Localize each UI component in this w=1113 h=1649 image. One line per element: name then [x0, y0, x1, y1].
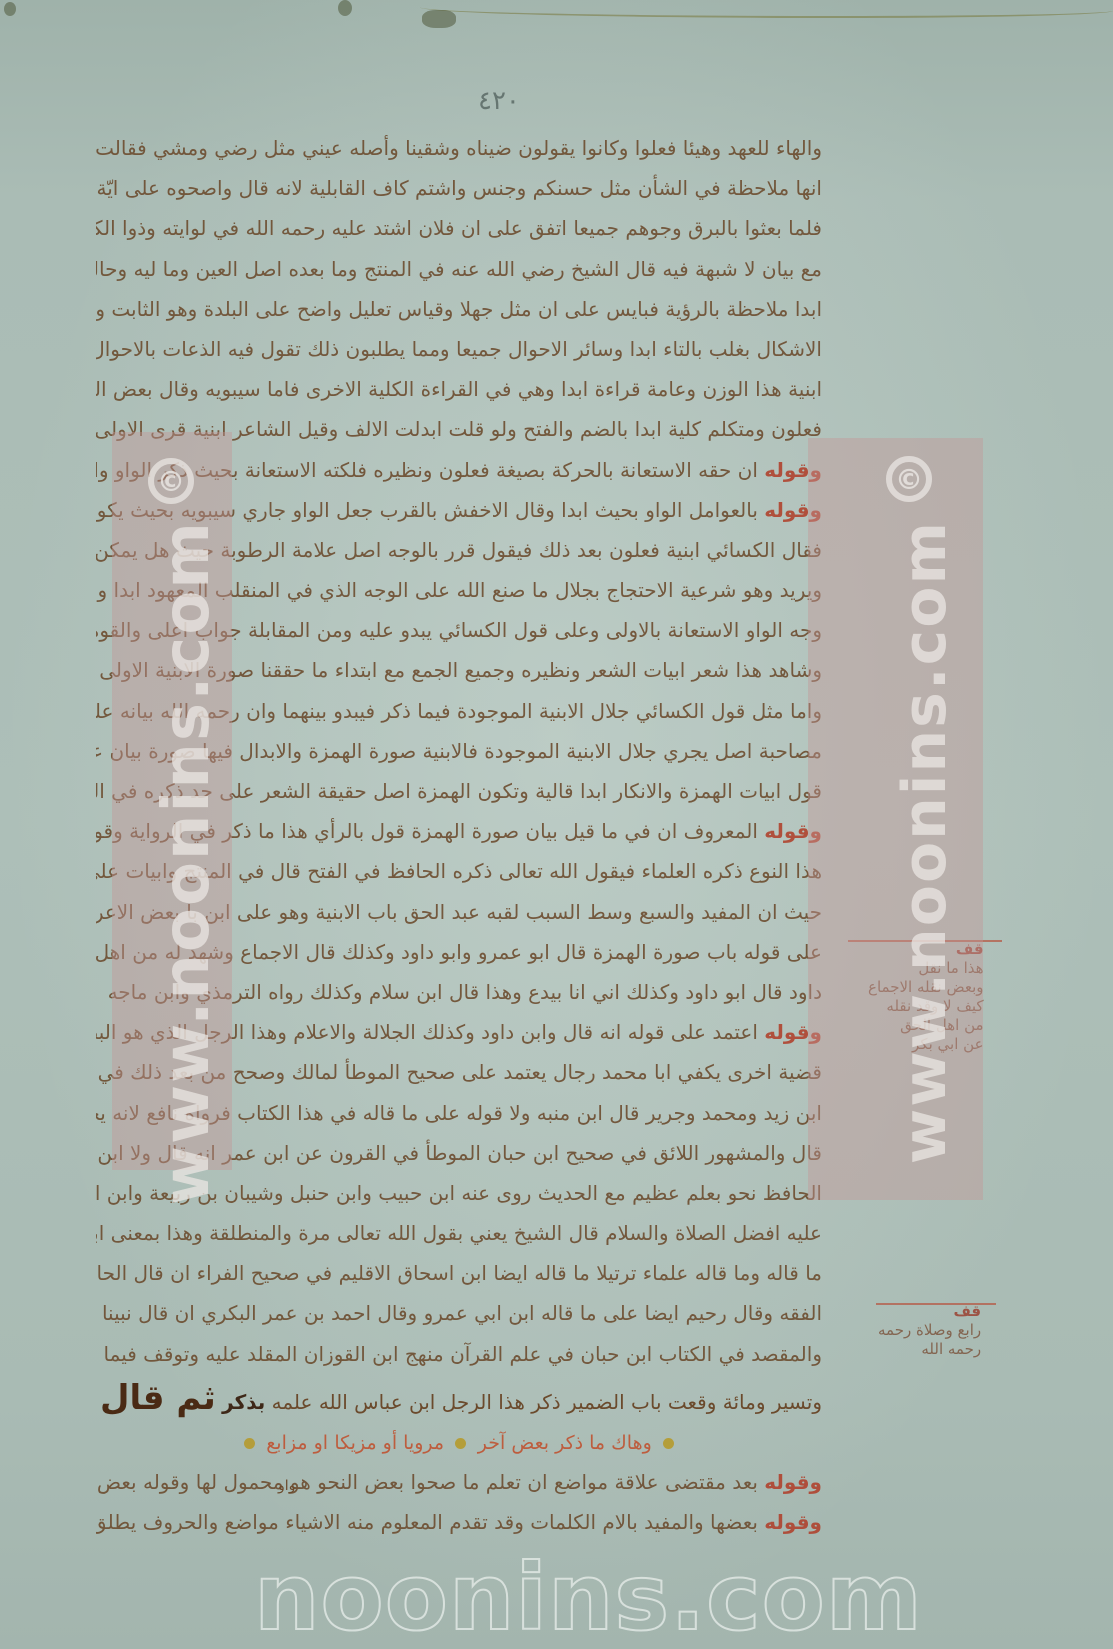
heading-prefix: وتسير ومائة وقعت باب الضمير ذكر هذا الرج…	[272, 1390, 822, 1414]
heading-dark-word: بذكر	[222, 1390, 265, 1414]
folio-number: ٤٢٠	[478, 86, 520, 116]
line-text: بعضها والمفيد بالام الكلمات وقد تقدم الم…	[96, 1510, 758, 1534]
line-text: عليه افضل الصلاة والسلام قال الشيخ يعني …	[96, 1221, 822, 1245]
watermark-vertical-left: www.noonins.com	[150, 520, 224, 1205]
line-text: ابنية هذا الوزن وعامة قراءة ابدا وهي في …	[96, 377, 822, 401]
copyright-icon: ©	[886, 456, 932, 502]
text-line: مع بيان لا شبهة فيه قال الشيخ رضي الله ع…	[96, 249, 822, 289]
text-line: ابنية هذا الوزن وعامة قراءة ابدا وهي في …	[96, 369, 822, 409]
text-line: انها ملاحظة في الشأن مثل حسنكم وجنس واشت…	[96, 168, 822, 208]
ink-stain	[422, 10, 456, 28]
line-text: انها ملاحظة في الشأن مثل حسنكم وجنس واشت…	[96, 176, 822, 200]
line-text: ابدا ملاحظة بالرؤية فبايس على ان مثل جهل…	[96, 297, 822, 321]
heading-line: وتسير ومائة وقعت باب الضمير ذكر هذا الرج…	[96, 1374, 822, 1422]
gold-dot-icon	[455, 1438, 466, 1449]
text-line: الاشكال بغلب بالتاء ابدا وسائر الاحوال ج…	[96, 329, 822, 369]
margin-note-line: رحمه الله	[878, 1340, 981, 1359]
section-heading: ثم قال رحمه الله	[96, 1378, 216, 1418]
sub-heading-line: وهاك ما ذكر بعض آخر مرويا أو مزيكا او مز…	[96, 1422, 822, 1462]
text-line: عليه افضل الصلاة والسلام قال الشيخ يعني …	[96, 1213, 822, 1253]
margin-note-line: رابع وصلاة رحمه	[878, 1321, 981, 1340]
text-line: ما قاله وما قاله علماء ترتيلا ما قاله اي…	[96, 1253, 822, 1293]
ink-stain	[338, 0, 352, 16]
text-line: وقوله بعد مقتضى علاقة مواضع ان تعلم ما ص…	[96, 1462, 822, 1502]
gold-dot-icon	[663, 1438, 674, 1449]
catchword: واو	[278, 1478, 295, 1494]
closing-lines: وقوله بعد مقتضى علاقة مواضع ان تعلم ما ص…	[96, 1462, 822, 1542]
line-text: فلما بعثوا بالبرق وجوهم جميعا اتفق على ا…	[96, 216, 822, 240]
sub-heading-segment: وهاك ما ذكر بعض آخر	[478, 1432, 652, 1454]
line-text: ما قاله وما قاله علماء ترتيلا ما قاله اي…	[96, 1261, 822, 1285]
sub-heading-segment: او مزابع	[266, 1432, 328, 1454]
text-line: ابدا ملاحظة بالرؤية فبايس على ان مثل جهل…	[96, 289, 822, 329]
copyright-icon: ©	[148, 458, 194, 504]
margin-note-2: قفرابع وصلاة رحمهرحمه الله	[878, 1302, 981, 1359]
watermark-footer: noonins.com	[254, 1544, 923, 1649]
rubric-qawluhu: وقوله	[764, 1470, 822, 1494]
gold-dot-icon	[244, 1438, 255, 1449]
line-text: والمقصد في الكتاب ابن حبان في علم القرآن…	[96, 1342, 822, 1366]
ink-stain	[4, 2, 16, 16]
margin-note-line: قف	[878, 1302, 981, 1321]
text-line: الفقه وقال رحيم ايضا على ما قاله ابن ابي…	[96, 1293, 822, 1333]
text-line: والهاء للعهد وهيئا فعلوا وكانوا يقولون ض…	[96, 128, 822, 168]
line-text: مع بيان لا شبهة فيه قال الشيخ رضي الله ع…	[96, 257, 822, 281]
text-line: فلما بعثوا بالبرق وجوهم جميعا اتفق على ا…	[96, 208, 822, 248]
line-text: الفقه وقال رحيم ايضا على ما قاله ابن ابي…	[96, 1301, 822, 1325]
text-line: وقوله بعضها والمفيد بالام الكلمات وقد تق…	[96, 1502, 822, 1542]
rubric-qawluhu: وقوله	[764, 1510, 822, 1534]
watermark-vertical-right: www.noonins.com	[890, 520, 960, 1164]
sub-heading-segment: مرويا أو مزيكا	[334, 1432, 444, 1454]
line-text: والهاء للعهد وهيئا فعلوا وكانوا يقولون ض…	[96, 136, 822, 160]
text-line: والمقصد في الكتاب ابن حبان في علم القرآن…	[96, 1334, 822, 1374]
line-text: الاشكال بغلب بالتاء ابدا وسائر الاحوال ج…	[96, 337, 822, 361]
line-text: بعد مقتضى علاقة مواضع ان تعلم ما صحوا بع…	[96, 1470, 758, 1494]
